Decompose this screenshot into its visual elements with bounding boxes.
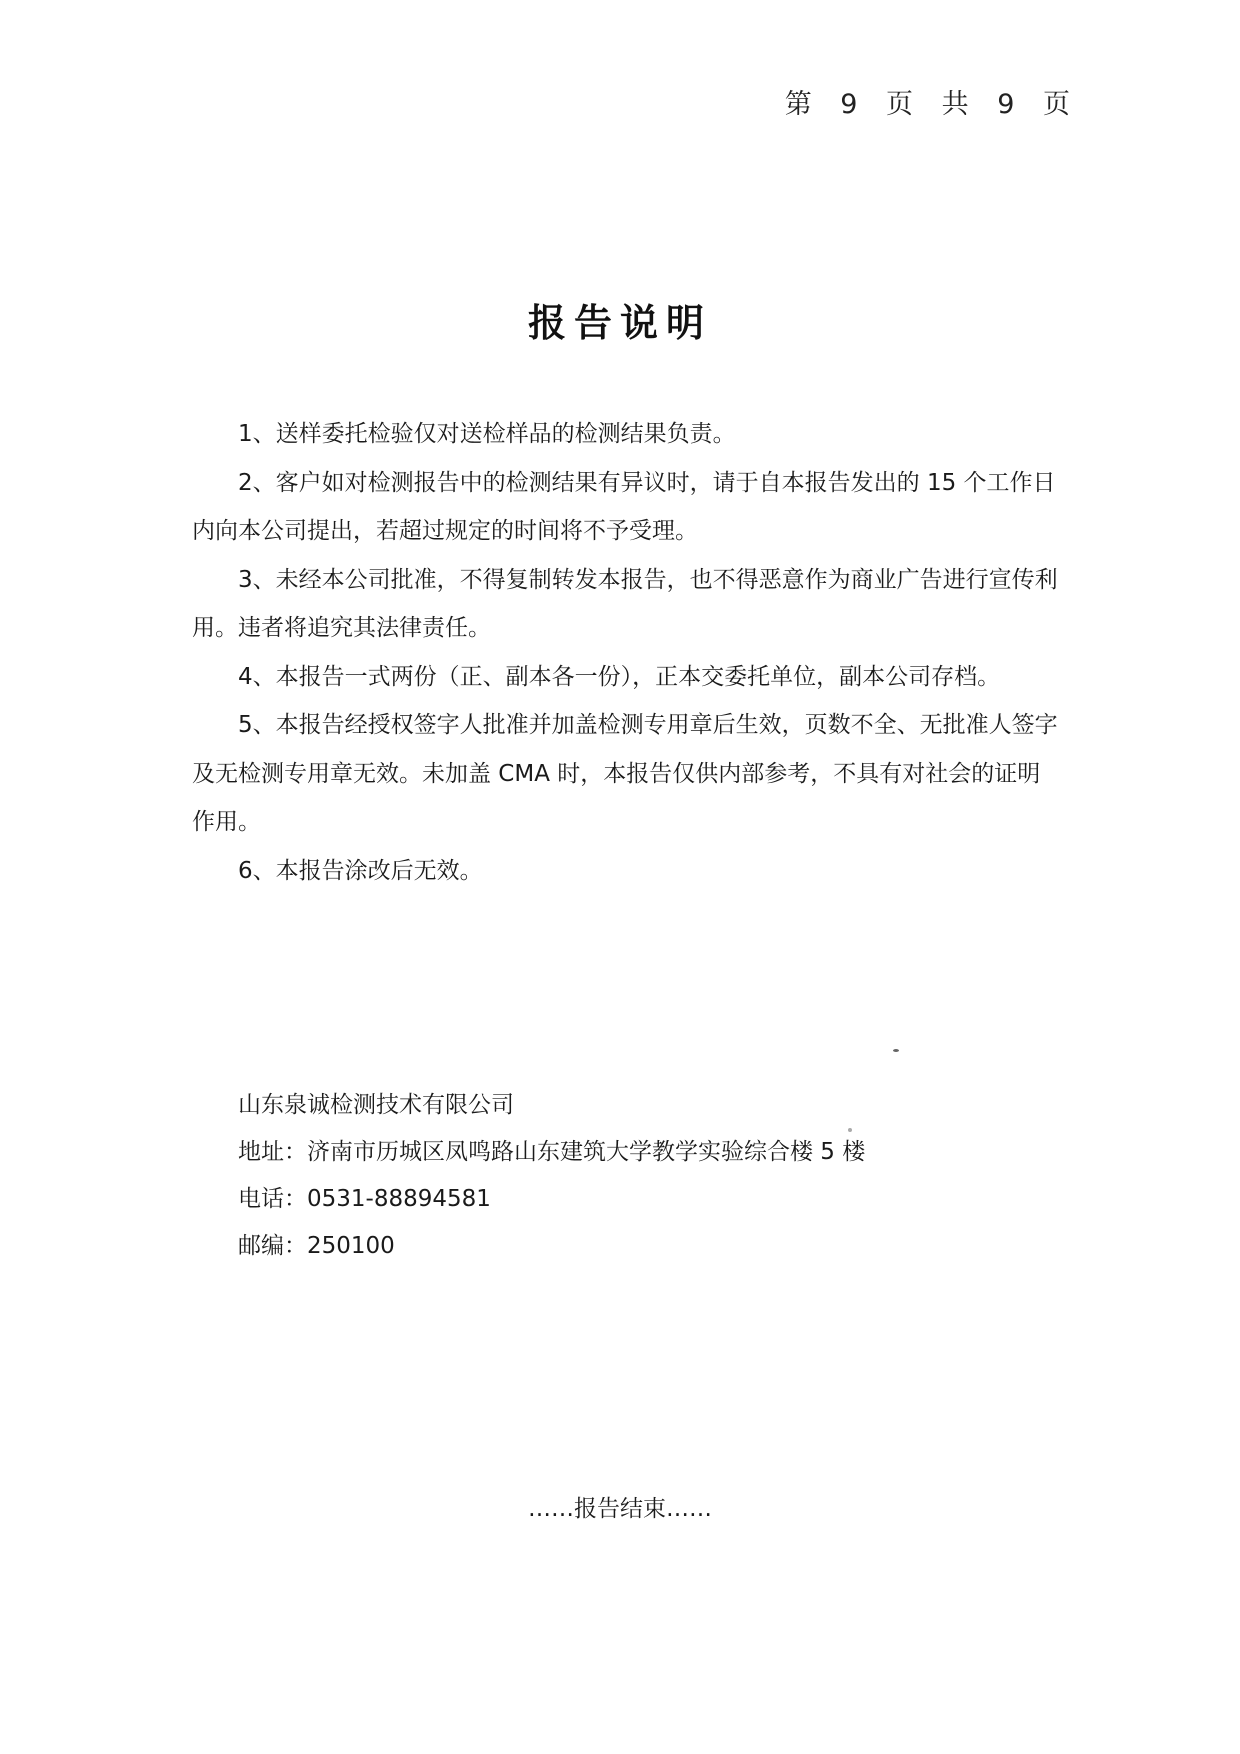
company-address: 地址：济南市历城区凤鸣路山东建筑大学教学实验综合楼 5 楼	[238, 1129, 865, 1176]
page-indicator: 第 9 页 共 9 页	[785, 82, 1080, 121]
note-item: 6、本报告涂改后无效。	[192, 847, 1062, 896]
note-item: 2、客户如对检测报告中的检测结果有异议时，请于自本报告发出的 15 个工作日内向…	[192, 459, 1062, 556]
note-item: 5、本报告经授权签字人批准并加盖检测专用章后生效，页数不全、无批准人签字及无检测…	[192, 701, 1062, 847]
document-title: 报告说明	[0, 292, 1240, 347]
company-name: 山东泉诚检测技术有限公司	[238, 1082, 865, 1129]
company-postcode: 邮编：250100	[238, 1223, 865, 1270]
company-info: 山东泉诚检测技术有限公司 地址：济南市历城区凤鸣路山东建筑大学教学实验综合楼 5…	[238, 1082, 865, 1270]
scan-speck	[848, 1128, 852, 1132]
scan-speck	[893, 1049, 899, 1052]
report-end-mark: ……报告结束……	[0, 1490, 1240, 1523]
note-item: 3、未经本公司批准，不得复制转发本报告，也不得恶意作为商业广告进行宣传利用。违者…	[192, 556, 1062, 653]
notes-list: 1、送样委托检验仅对送检样品的检测结果负责。 2、客户如对检测报告中的检测结果有…	[192, 410, 1062, 895]
note-item: 1、送样委托检验仅对送检样品的检测结果负责。	[192, 410, 1062, 459]
note-item: 4、本报告一式两份（正、副本各一份），正本交委托单位，副本公司存档。	[192, 653, 1062, 702]
company-phone: 电话：0531-88894581	[238, 1176, 865, 1223]
